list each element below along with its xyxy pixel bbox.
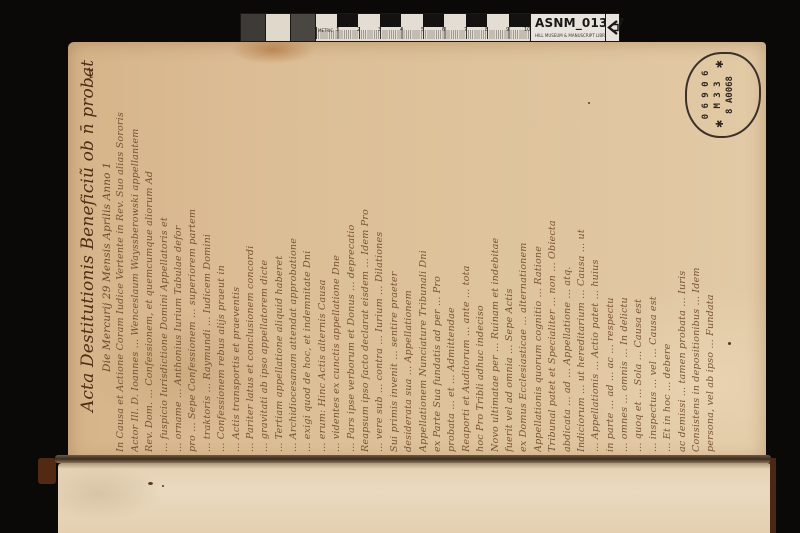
- text-line: ... traktoris ... Raymundi ... Iudicem D…: [201, 60, 215, 452]
- text-line: ... videntes ex cunctis appellatione Dne: [330, 60, 344, 452]
- text-line: Actor Ill. D. Ioannes ... Wenceslaum Way…: [129, 60, 143, 452]
- scale-number: 9: [506, 27, 509, 33]
- scale-unit-label: METRIC: [318, 28, 333, 33]
- binding-edge: [770, 458, 776, 533]
- scale-block: [509, 14, 530, 27]
- scale-number: 7: [464, 27, 467, 33]
- stain-speck: [148, 482, 153, 485]
- text-line: hoc Pro Tribli adhuc indeciso: [474, 60, 488, 452]
- text-line: abdicata ... ad ... Appellatione ... atq…: [561, 60, 575, 452]
- text-line: ex Parte Sua fundatis ad per ... Pro: [431, 60, 445, 452]
- text-line: ... fuspicio Iurisdictione Domini Appell…: [158, 60, 172, 452]
- text-line: Tribunal patet et Specialiter ... non ..…: [546, 60, 560, 452]
- color-chip-white: [266, 14, 290, 41]
- binding-tab: [38, 458, 56, 484]
- text-line: ... gravitati ab ipso appellatorem dicte: [258, 60, 272, 452]
- text-line: desiderata sua ... Appellationem: [402, 60, 416, 452]
- text-line: ... Tertiam appellatione aliquid haberet: [273, 60, 287, 452]
- text-line: ac demissi ... tamen probata ... Iuris: [676, 60, 690, 452]
- text-line: in parte ... ad ... ac ... respectu: [604, 60, 618, 452]
- text-line: Appellationem Nunciature Tribunali Dni: [417, 60, 431, 452]
- scale-number: 3: [378, 27, 381, 33]
- manuscript-page: 1 Acta Destitutionis Beneficiũ ob n̄ pro…: [68, 42, 766, 462]
- scale-block: [380, 14, 401, 27]
- text-line: ... quoq et ... Sola ... Causa est: [632, 60, 646, 452]
- stain-speck: [162, 485, 164, 487]
- text-line: Sui primis invenit ... sentire praeter: [388, 60, 402, 452]
- text-line: ... erum: Hinc Actis alternis Causa: [316, 60, 330, 452]
- stamp-text: 0 6 9 0 6: [701, 54, 711, 136]
- scale-number: 4: [400, 27, 403, 33]
- metric-scale: METRIC 1 2 3 4 5 6 7 8 9 10: [316, 14, 530, 41]
- text-line: Rev. Dom. ... Confessionem, et quemcumqu…: [143, 60, 157, 452]
- text-line: ... Pariter latus et conclusionem concor…: [244, 60, 258, 452]
- library-name: HILL MUSEUM & MANUSCRIPT LIBRARY: [535, 33, 612, 38]
- text-line: ... Pars ipse verborum et Donus ... depr…: [345, 60, 359, 452]
- text-line: ... Archidiocesanam attendat approbation…: [287, 60, 301, 452]
- text-line: ... exigi quod de hoc, et indemnitate Dn…: [301, 60, 315, 452]
- library-stamp: ✱ ✱ 0 6 9 0 6 M 3 3 8 A0068: [685, 52, 761, 138]
- ink-speck: [588, 102, 590, 104]
- color-target-ruler: METRIC 1 2 3 4 5 6 7 8 9 10 ASNM_01347 H…: [240, 13, 620, 42]
- text-line: ... Confessionem rebus alijs praeut in: [215, 60, 229, 452]
- scale-number: 6: [442, 27, 445, 33]
- document-date: Die Mercurij 29 Mensis Aprilis Anno 1: [100, 60, 114, 452]
- shelfmark-label: ASNM_01347 HILL MUSEUM & MANUSCRIPT LIBR…: [531, 14, 605, 41]
- text-line: probata ... et ... Admittendae: [445, 60, 459, 452]
- scale-block: [466, 14, 487, 27]
- text-line: Reapsum ipso facto declarat eisdem ... I…: [359, 60, 373, 452]
- left-arrow-icon: [606, 14, 619, 41]
- text-line: In Causa et Actione Coram Iudice Vertent…: [114, 60, 128, 452]
- scale-number: 8: [485, 27, 488, 33]
- lower-leaves: [58, 463, 773, 533]
- stamp-text: M 3 3: [713, 54, 723, 136]
- text-line: Reaporti et Auditorum ... ante ... tota: [460, 60, 474, 452]
- ink-speck: [728, 342, 731, 345]
- text-line: fuerit vel ad omnia ... Sepe Actis: [503, 60, 517, 452]
- text-line: ... Et in hoc ... debere: [661, 60, 675, 452]
- text-line: ... Actis transportis et praeventis: [230, 60, 244, 452]
- text-line: ... vere sub ... contra ... Iurium ... D…: [373, 60, 387, 452]
- text-line: Novo ultimatae per ... Ruinam et indebit…: [489, 60, 503, 452]
- scale-number: 2: [357, 27, 360, 33]
- text-line: Indiciorum ... ut hereditarium ... Causa…: [575, 60, 589, 452]
- stamp-text: 8 A0068: [725, 54, 735, 136]
- scale-number: 5: [421, 27, 424, 33]
- text-line: Appellationis quorum cognitio ... Ration…: [532, 60, 546, 452]
- page-fold: [55, 455, 771, 463]
- text-line: pro ... Sepe Confessionem ... superiorem…: [186, 60, 200, 452]
- text-line: ... Appellationis ... Actio patet ... hu…: [589, 60, 603, 452]
- text-line: ... omnes ... omnis ... In delictu: [618, 60, 632, 452]
- rotated-text: Acta Destitutionis Beneficiũ ob n̄ proba…: [76, 60, 716, 452]
- lower-leaves-shadow: [58, 463, 773, 469]
- handwritten-text-block: Acta Destitutionis Beneficiũ ob n̄ proba…: [76, 60, 716, 452]
- scale-number: 10: [524, 27, 530, 33]
- text-line: ... orname ... Anthonius Iurium Tabulae …: [172, 60, 186, 452]
- scale-block: [423, 14, 444, 27]
- scale-block: [337, 14, 358, 27]
- color-chip-dark: [241, 14, 265, 41]
- scale-number: 1: [336, 27, 339, 33]
- text-line: ... inspectus ... vel ... Causa est: [647, 60, 661, 452]
- text-line: ex Domus Ecclesiasticae ... alternatione…: [517, 60, 531, 452]
- document-title: Acta Destitutionis Beneficiũ ob n̄ proba…: [76, 60, 100, 452]
- color-chip-gray: [291, 14, 315, 41]
